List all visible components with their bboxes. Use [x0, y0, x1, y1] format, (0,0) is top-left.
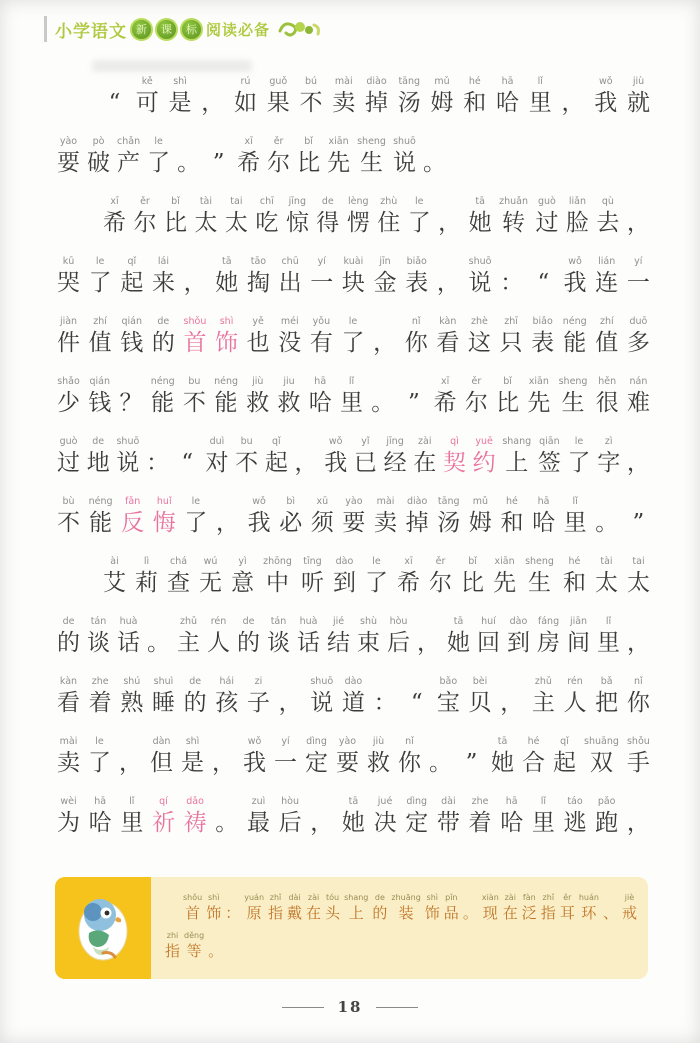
badge-char: 标: [186, 21, 197, 37]
ruby-token: ，: [438, 195, 461, 238]
ruby-token: ，: [627, 795, 650, 838]
pinyin-label: xiān: [529, 375, 549, 388]
hanzi-char: 我: [324, 448, 347, 478]
pinyin-label: chá: [170, 555, 187, 568]
pinyin-label: lèng: [348, 195, 369, 208]
hanzi-char: 我: [243, 748, 266, 778]
ruby-token: guò过: [535, 195, 558, 238]
ruby-token: tā她: [491, 735, 514, 778]
hanzi-char: 脸: [566, 208, 589, 238]
pinyin-label: jiàn: [60, 315, 77, 328]
pinyin-label: tai: [632, 555, 644, 568]
pinyin-label: lǐ: [538, 75, 543, 88]
pinyin-label: ěr: [274, 135, 284, 148]
ruby-token: jiù救: [246, 375, 269, 418]
ruby-token: néng能: [89, 495, 113, 538]
ruby-token: bǐ比: [164, 195, 187, 238]
ruby-token: wèi为: [57, 795, 80, 838]
ruby-token: biǎo表: [405, 255, 428, 298]
ruby-token: wǒ我: [564, 255, 587, 298]
hanzi-char: 到: [507, 628, 530, 658]
pinyin-label: de: [92, 435, 104, 448]
hanzi-char: 哈: [532, 508, 555, 538]
hanzi-char: ，: [279, 688, 302, 718]
ruby-token: shù束: [357, 615, 380, 658]
pinyin-label: zài: [308, 893, 319, 903]
hanzi-char: 比: [164, 208, 187, 238]
ruby-token: le了: [365, 555, 388, 598]
hanzi-char: ，: [627, 448, 650, 478]
ruby-token: de得: [316, 195, 339, 238]
hanzi-char: 一: [310, 268, 333, 298]
ruby-token: yǒu有: [310, 315, 333, 358]
hanzi-char: 果: [267, 88, 290, 118]
ruby-token: ”: [460, 735, 483, 778]
pinyin-label: zhōng: [263, 555, 292, 568]
pinyin-label: yǐ: [361, 435, 369, 448]
hanzi-char: 跑: [595, 808, 618, 838]
ruby-token: ”: [627, 495, 650, 538]
hanzi-char: 孩: [215, 688, 238, 718]
hanzi-char: 把: [595, 688, 618, 718]
ruby-token: zài在: [503, 893, 518, 923]
pinyin-label: duō: [629, 315, 647, 328]
pinyin-label: mài: [60, 735, 78, 748]
pinyin-label: jīng: [289, 195, 306, 208]
hanzi-char: 在: [503, 903, 518, 923]
hanzi-char: 了: [408, 208, 431, 238]
ruby-token: de的: [57, 615, 80, 658]
ruby-token: zhǔ主: [532, 675, 555, 718]
ruby-token: wú无: [199, 555, 222, 598]
pinyin-label: kàn: [60, 675, 77, 688]
ruby-token: zhuǎn转: [499, 195, 528, 238]
pinyin-label: huǐ: [157, 495, 172, 508]
hanzi-char: 耳: [560, 903, 575, 923]
pinyin-label: shǎo: [57, 375, 80, 388]
pinyin-label: de: [63, 615, 75, 628]
text-line: shǎo少qián钱？néng能bu不néng能jiù救jiu救hā哈lǐ里。”…: [57, 358, 650, 418]
pinyin-label: sheng: [357, 135, 386, 148]
pinyin-label: zhe: [92, 675, 109, 688]
pinyin-label: xī: [110, 195, 118, 208]
hanzi-char: 起: [265, 448, 288, 478]
hanzi-char: ，: [201, 88, 224, 118]
hanzi-char: “: [411, 688, 423, 718]
pinyin-label: bu: [188, 375, 200, 388]
pinyin-label: shuō: [116, 435, 139, 448]
hanzi-char: 在: [306, 903, 321, 923]
ruby-token: liǎn脸: [566, 195, 589, 238]
series-subtitle: 阅读必备: [206, 19, 270, 40]
pinyin-label: yì: [238, 555, 246, 568]
ruby-token: ，: [627, 435, 650, 478]
pinyin-label: lái: [158, 255, 169, 268]
ruby-token: néng能: [151, 375, 175, 418]
pinyin-label: dào: [510, 615, 528, 628]
hanzi-char: 要: [336, 748, 359, 778]
hanzi-char: 是: [181, 748, 204, 778]
hanzi-char: 出: [279, 268, 302, 298]
hanzi-char: ，: [562, 88, 585, 118]
hanzi-char: 哈: [500, 808, 523, 838]
pinyin-label: wèi: [60, 795, 76, 808]
pinyin-label: huà: [120, 615, 138, 628]
ruby-token: xiān先: [527, 375, 550, 418]
ruby-token: shǒu首: [183, 315, 206, 358]
hanzi-char: 艾: [103, 568, 126, 598]
hanzi-char: 祈: [152, 808, 175, 838]
pinyin-label: wǒ: [329, 435, 343, 448]
hanzi-char: 生: [528, 568, 551, 598]
pinyin-label: hā: [94, 795, 106, 808]
ruby-token: bù不: [57, 495, 80, 538]
book-page: 小学语文 新 课 标 阅读必备 “kě可shì是，rú如guǒ果bú不mài卖d…: [0, 0, 700, 1043]
hanzi-char: 金: [374, 268, 397, 298]
hanzi-char: ”: [213, 148, 225, 178]
pinyin-label: bèi: [473, 675, 488, 688]
ruby-token: lǐ里: [120, 795, 143, 838]
ruby-token: chū出: [279, 255, 302, 298]
hanzi-char: 太: [225, 208, 248, 238]
ruby-token: hòu后: [387, 615, 410, 658]
ruby-token: jiu救: [277, 375, 300, 418]
ruby-token: jīng经: [384, 435, 407, 478]
pinyin-label: huà: [300, 615, 318, 628]
ruby-token: tán谈: [267, 615, 290, 658]
pinyin-label: chǎn: [117, 135, 140, 148]
pinyin-label: lǐ: [541, 795, 546, 808]
ruby-token: qí祈: [152, 795, 175, 838]
hanzi-char: 如: [234, 88, 257, 118]
hanzi-char: 比: [297, 148, 320, 178]
ruby-token: zài在: [306, 893, 321, 923]
pinyin-label: néng: [214, 375, 238, 388]
pinyin-label: rén: [567, 675, 583, 688]
ruby-token: xī希: [434, 375, 457, 418]
ruby-token: lián连: [595, 255, 618, 298]
ruby-token: yuán原: [244, 893, 264, 923]
ruby-token: shuō说: [116, 435, 139, 478]
pinyin-label: dìng: [306, 735, 327, 748]
pinyin-label: hā: [314, 375, 326, 388]
pinyin-label: xī: [404, 555, 412, 568]
ruby-token: shuāng双: [584, 735, 619, 778]
hanzi-char: 一: [627, 268, 650, 298]
hanzi-char: ，: [437, 268, 460, 298]
ruby-token: ，: [216, 495, 239, 538]
ruby-token: zhǐ指: [541, 893, 556, 923]
pinyin-label: qǐ: [127, 255, 136, 268]
ruby-token: xiān先: [327, 135, 350, 178]
hanzi-char: 太: [627, 568, 650, 598]
ruby-token: shì饰: [425, 893, 440, 923]
ruby-token: shú熟: [120, 675, 143, 718]
pinyin-label: bù: [62, 495, 74, 508]
hanzi-char: 生: [360, 148, 383, 178]
pinyin-label: zhǔ: [535, 675, 552, 688]
hanzi-char: ：: [374, 688, 397, 718]
ruby-token: ：: [225, 893, 240, 923]
pinyin-label: chī: [260, 195, 274, 208]
pinyin-label: tā: [454, 615, 464, 628]
text-line: “kě可shì是，rú如guǒ果bú不mài卖diào掉tāng汤mǔ姆hé和h…: [57, 58, 650, 118]
ruby-token: le了: [184, 495, 207, 538]
ruby-token: 。: [208, 931, 223, 961]
hanzi-char: 姆: [469, 508, 492, 538]
text-line: wèi为hā哈lǐ里qí祈dǎo祷。zuì最hòu后，tā她jué决dìng定d…: [57, 778, 650, 838]
hanzi-char: 带: [437, 808, 460, 838]
ruby-token: ài艾: [103, 555, 126, 598]
hanzi-char: ，: [500, 688, 523, 718]
ruby-token: hěn很: [596, 375, 619, 418]
pinyin-label: zhù: [380, 195, 397, 208]
pinyin-label: lǐ: [573, 495, 578, 508]
ruby-token: hé合: [522, 735, 545, 778]
ruby-token: néng能: [563, 315, 587, 358]
hanzi-char: 救: [246, 388, 269, 418]
pinyin-label: bǎ: [601, 675, 613, 688]
ruby-token: lǐ里: [564, 495, 587, 538]
pinyin-label: ěr: [472, 375, 482, 388]
hanzi-char: 过: [57, 448, 80, 478]
hanzi-char: 和: [563, 568, 586, 598]
pinyin-label: tā: [349, 795, 359, 808]
hanzi-char: 先: [493, 568, 516, 598]
hanzi-char: 人: [207, 628, 230, 658]
hanzi-char: 对: [205, 448, 228, 478]
hanzi-char: 字: [597, 448, 620, 478]
hanzi-char: 话: [297, 628, 320, 658]
ruby-token: tā她: [342, 795, 365, 838]
hanzi-char: 我: [564, 268, 587, 298]
ruby-token: kàn看: [436, 315, 459, 358]
ruby-token: ，: [295, 435, 318, 478]
ruby-token: zhuāng装: [391, 893, 420, 923]
ruby-token: jiàn件: [57, 315, 80, 358]
ruby-token: biǎo表: [531, 315, 554, 358]
header-divider-bar: [44, 16, 47, 42]
ruby-token: tai太: [225, 195, 248, 238]
hanzi-char: 听: [301, 568, 324, 598]
ruby-token: ěr耳: [560, 893, 575, 923]
pinyin-label: shuō: [469, 255, 492, 268]
ruby-token: “: [103, 75, 126, 118]
ruby-token: tīng听: [301, 555, 324, 598]
ruby-token: yuē约: [473, 435, 496, 478]
ruby-token: yí一: [310, 255, 333, 298]
pinyin-label: hā: [506, 795, 518, 808]
ruby-token: zhè这: [468, 315, 491, 358]
hanzi-char: ，: [216, 508, 239, 538]
hanzi-char: 约: [473, 448, 496, 478]
hanzi-char: 卖: [332, 88, 355, 118]
hanzi-char: 可: [136, 88, 159, 118]
hanzi-char: 一: [274, 748, 297, 778]
ruby-token: pǎo跑: [595, 795, 618, 838]
ruby-token: “: [532, 255, 555, 298]
pinyin-label: shì: [173, 75, 187, 88]
pinyin-label: jié: [333, 615, 344, 628]
hanzi-char: 须: [311, 508, 334, 538]
text-line: kū哭le了qǐ起lái来，tā她tāo掏chū出yí一kuài块jīn金biǎ…: [57, 238, 650, 298]
pinyin-label: le: [96, 255, 104, 268]
ruby-token: ？: [119, 375, 142, 418]
hanzi-char: 指: [268, 903, 283, 923]
pinyin-label: duì: [210, 435, 225, 448]
ruby-token: bǐ比: [461, 555, 484, 598]
hanzi-char: 有: [310, 328, 333, 358]
ruby-token: huán环: [579, 893, 599, 923]
ruby-token: le了: [568, 435, 591, 478]
ruby-token: zhí值: [89, 315, 112, 358]
ruby-token: ，: [310, 795, 333, 838]
pinyin-label: dài: [288, 893, 300, 903]
hanzi-char: 太: [194, 208, 217, 238]
hanzi-char: 说: [469, 268, 492, 298]
hanzi-char: 后: [279, 808, 302, 838]
hanzi-char: 睡: [152, 688, 175, 718]
pinyin-label: diào: [407, 495, 427, 508]
ruby-token: kě可: [136, 75, 159, 118]
pinyin-label: liǎn: [569, 195, 586, 208]
text-line: yào要pò破chǎn产le了。”xī希ěr尔bǐ比xiān先sheng生shu…: [57, 118, 650, 178]
pinyin-label: wǒ: [248, 735, 262, 748]
hanzi-char: 饰: [206, 903, 221, 923]
ruby-token: tài太: [595, 555, 618, 598]
ruby-token: tài太: [194, 195, 217, 238]
pinyin-label: zuì: [252, 795, 266, 808]
pinyin-label: zhǐ: [543, 893, 555, 903]
pinyin-label: zhuǎn: [499, 195, 528, 208]
hanzi-char: 希: [434, 388, 457, 418]
page-number: 18: [338, 998, 363, 1016]
hanzi-char: 手: [627, 748, 650, 778]
ruby-token: zhù住: [377, 195, 400, 238]
hanzi-char: 说: [310, 688, 333, 718]
pinyin-label: huí: [481, 615, 496, 628]
pinyin-label: dào: [336, 555, 354, 568]
pinyin-label: néng: [563, 315, 587, 328]
hanzi-char: 希: [397, 568, 420, 598]
pinyin-label: tài: [600, 555, 612, 568]
ruby-token: jīn金: [374, 255, 397, 298]
pinyin-label: dài: [441, 795, 456, 808]
ruby-token: zuì最: [247, 795, 270, 838]
note-icon-cell: [55, 877, 151, 979]
hanzi-char: 你: [398, 748, 421, 778]
ruby-token: wǒ我: [248, 495, 271, 538]
badge-char: 新: [136, 21, 147, 37]
ruby-token: zi子: [247, 675, 270, 718]
pinyin-label: ěr: [140, 195, 150, 208]
ruby-token: shǎo少: [57, 375, 80, 418]
hanzi-char: 生: [562, 388, 585, 418]
pinyin-label: néng: [89, 495, 113, 508]
ruby-token: rén人: [564, 675, 587, 718]
ruby-token: diào掉: [365, 75, 388, 118]
ruby-token: dài戴: [287, 893, 302, 923]
hanzi-char: ，: [627, 628, 650, 658]
ruby-token: tóu头: [325, 893, 340, 923]
pinyin-label: pǐn: [445, 893, 457, 903]
ruby-token: xiān先: [493, 555, 516, 598]
pinyin-label: zài: [418, 435, 431, 448]
hanzi-char: 了: [89, 268, 112, 298]
ruby-token: bǐ比: [496, 375, 519, 418]
ruby-token: “: [176, 435, 199, 478]
ruby-token: hā哈: [309, 375, 332, 418]
hanzi-char: 不: [57, 508, 80, 538]
ruby-token: ，: [201, 75, 224, 118]
hanzi-char: 已: [354, 448, 377, 478]
ruby-token: duō多: [627, 315, 650, 358]
hanzi-char: 莉: [135, 568, 158, 598]
ruby-token: guò过: [57, 435, 80, 478]
ruby-token: huà话: [297, 615, 320, 658]
pinyin-label: le: [95, 735, 103, 748]
pinyin-label: ěr: [436, 555, 446, 568]
pinyin-label: hé: [569, 555, 581, 568]
pinyin-label: huán: [579, 893, 599, 903]
page-number-rule: [282, 1007, 324, 1008]
hanzi-char: 。: [177, 148, 200, 178]
pinyin-label: mǔ: [434, 75, 449, 88]
pinyin-label: lǐ: [606, 615, 611, 628]
pinyin-label: tā: [498, 735, 508, 748]
pinyin-label: hé: [528, 735, 540, 748]
hanzi-char: ，: [627, 208, 650, 238]
ruby-token: xī希: [397, 555, 420, 598]
hanzi-char: 里: [120, 808, 143, 838]
hanzi-char: ，: [212, 748, 235, 778]
pinyin-label: mài: [377, 495, 395, 508]
pinyin-label: shì: [208, 893, 219, 903]
hanzi-char: 要: [342, 508, 365, 538]
hanzi-char: 表: [531, 328, 554, 358]
ruby-token: jiù救: [367, 735, 390, 778]
hanzi-char: 难: [627, 388, 650, 418]
ruby-token: shuō说: [393, 135, 416, 178]
hanzi-char: 吃: [255, 208, 278, 238]
ruby-token: kuài块: [342, 255, 365, 298]
hanzi-char: 尔: [465, 388, 488, 418]
ruby-token: tāng汤: [398, 75, 421, 118]
hanzi-char: 在: [413, 448, 436, 478]
hanzi-char: 是: [169, 88, 192, 118]
hanzi-char: 很: [596, 388, 619, 418]
hanzi-char: 主: [177, 628, 200, 658]
ruby-token: fǎn反: [121, 495, 144, 538]
ruby-token: shì饰: [206, 893, 221, 923]
ruby-token: ”: [402, 375, 425, 418]
badge-circle: 课: [155, 18, 178, 41]
ruby-token: fàn泛: [522, 893, 537, 923]
pinyin-label: yuán: [244, 893, 264, 903]
ruby-token: yí一: [627, 255, 650, 298]
text-line: shǒu首shì饰：yuán原zhǐ指dài戴zài在tóu头shang上de的…: [165, 885, 637, 923]
page-header: 小学语文 新 课 标 阅读必备: [44, 16, 322, 42]
hanzi-char: 惊: [286, 208, 309, 238]
ruby-token: lǐ里: [597, 615, 620, 658]
hanzi-char: 谈: [267, 628, 290, 658]
pinyin-label: xiàn: [482, 893, 499, 903]
ruby-token: xī希: [237, 135, 260, 178]
pinyin-label: chū: [281, 255, 298, 268]
hanzi-char: 值: [89, 328, 112, 358]
hanzi-char: 上: [505, 448, 528, 478]
ruby-token: qì契: [443, 435, 466, 478]
